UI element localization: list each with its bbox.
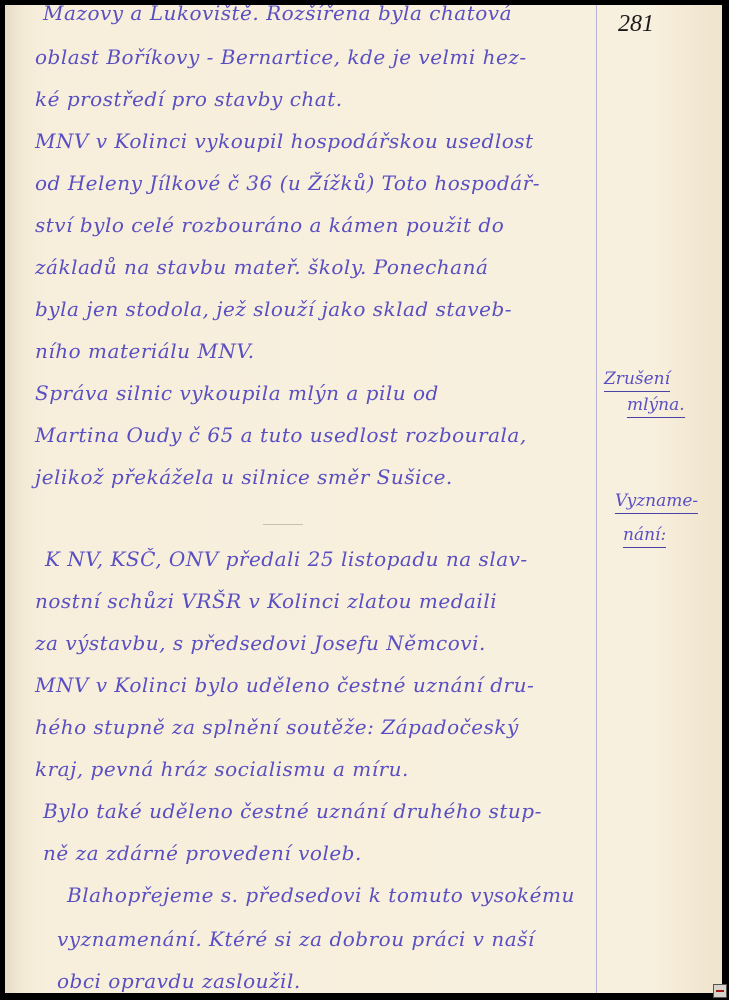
text-line: ně za zdárné provedení voleb.: [43, 841, 362, 865]
text-line: nostní schůzi VRŠR v Kolinci zlatou meda…: [35, 589, 497, 613]
text-line: ké prostředí pro stavby chat.: [35, 87, 343, 111]
text-line: K NV, KSČ, ONV předali 25 listopadu na s…: [45, 547, 528, 571]
text-line: Blahopřejeme s. předsedovi k tomuto vyso…: [67, 883, 575, 907]
text-line: základů na stavbu mateř. školy. Ponechan…: [35, 255, 488, 279]
page-number: 281: [618, 11, 654, 38]
text-line: Martina Oudy č 65 a tuto usedlost rozbou…: [35, 423, 527, 447]
text-line: Bylo také uděleno čestné uznání druhého …: [43, 799, 542, 823]
text-line: ního materiálu MNV.: [35, 339, 255, 363]
chronicle-page: 281 Mazovy a Lukoviště. Rozšířena byla c…: [5, 5, 722, 993]
text-line: od Heleny Jílkové č 36 (u Žížků) Toto ho…: [35, 171, 540, 195]
text-line: MNV v Kolinci bylo uděleno čestné uznání…: [35, 673, 534, 697]
margin-note-heading: Zrušení: [604, 369, 670, 392]
margin-note-heading: mlýna.: [627, 395, 685, 418]
text-line: kraj, pevná hráz socialismu a míru.: [35, 757, 409, 781]
text-line: MNV v Kolinci vykoupil hospodářskou used…: [35, 129, 534, 153]
pencil-mark: [263, 524, 303, 525]
text-line: hého stupně za splnění soutěže: Západoče…: [35, 715, 519, 739]
margin-rule: [596, 5, 597, 993]
margin-note-heading: Vyzname-: [615, 491, 698, 514]
text-line: jelikož překážela u silnice směr Sušice.: [35, 465, 453, 489]
text-line: vyznamenání. Ktéré si za dobrou práci v …: [57, 927, 535, 951]
margin-note-heading: nání:: [623, 525, 666, 548]
text-line: Mazovy a Lukoviště. Rozšířena byla chato…: [43, 5, 512, 25]
minimize-icon[interactable]: [713, 984, 727, 998]
text-line: Správa silnic vykoupila mlýn a pilu od: [35, 381, 439, 405]
text-line: byla jen stodola, jež slouží jako sklad …: [35, 297, 512, 321]
text-line: oblast Boříkovy - Bernartice, kde je vel…: [35, 45, 527, 69]
text-line: za výstavbu, s předsedovi Josefu Němcovi…: [35, 631, 486, 655]
text-line: obci opravdu zasloužil.: [57, 969, 301, 993]
text-line: ství bylo celé rozbouráno a kámen použit…: [35, 213, 504, 237]
